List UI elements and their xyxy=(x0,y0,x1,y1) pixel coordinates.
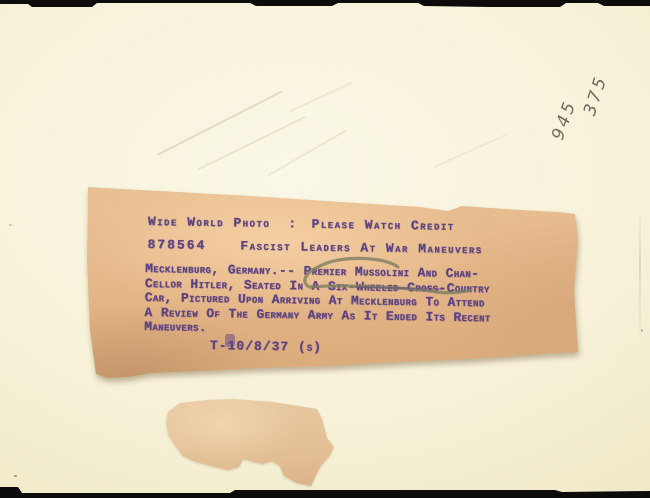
separator: : xyxy=(288,216,298,231)
title-line: 878564Fascist Leaders At War Maneuvers xyxy=(147,237,585,259)
ghost-mark xyxy=(268,130,347,177)
handwritten-number: 945 xyxy=(548,97,581,143)
credit-notice: Please Watch Credit xyxy=(311,217,454,234)
tape-remnant xyxy=(160,397,340,489)
caption-label: Wide World Photo:Please Watch Credit 878… xyxy=(86,184,584,384)
ghost-mark xyxy=(289,81,353,112)
speck xyxy=(9,224,12,226)
photo-back: 375 945 Wide World Photo:Please Watch Cr… xyxy=(0,0,650,498)
speck xyxy=(14,475,17,477)
credit-line: Wide World Photo:Please Watch Credit xyxy=(148,214,586,236)
tape-remnant-paper xyxy=(160,397,340,489)
ghost-mark xyxy=(433,134,507,168)
agency-name: Wide World Photo xyxy=(148,214,271,231)
photo-title: Fascist Leaders At War Maneuvers xyxy=(240,238,483,257)
typed-caption: Wide World Photo:Please Watch Credit 878… xyxy=(144,214,586,358)
speck xyxy=(641,329,643,332)
ghost-mark xyxy=(157,90,283,155)
photo-number: 878564 xyxy=(147,237,206,253)
caption-label-paper: Wide World Photo:Please Watch Credit 878… xyxy=(86,184,584,384)
scan-edge-top xyxy=(0,0,650,10)
ink-blot xyxy=(225,334,235,347)
handwritten-number: 375 xyxy=(580,73,612,119)
paper-crease xyxy=(639,205,641,345)
date-code: T-10/8/37 (s) xyxy=(210,338,584,359)
